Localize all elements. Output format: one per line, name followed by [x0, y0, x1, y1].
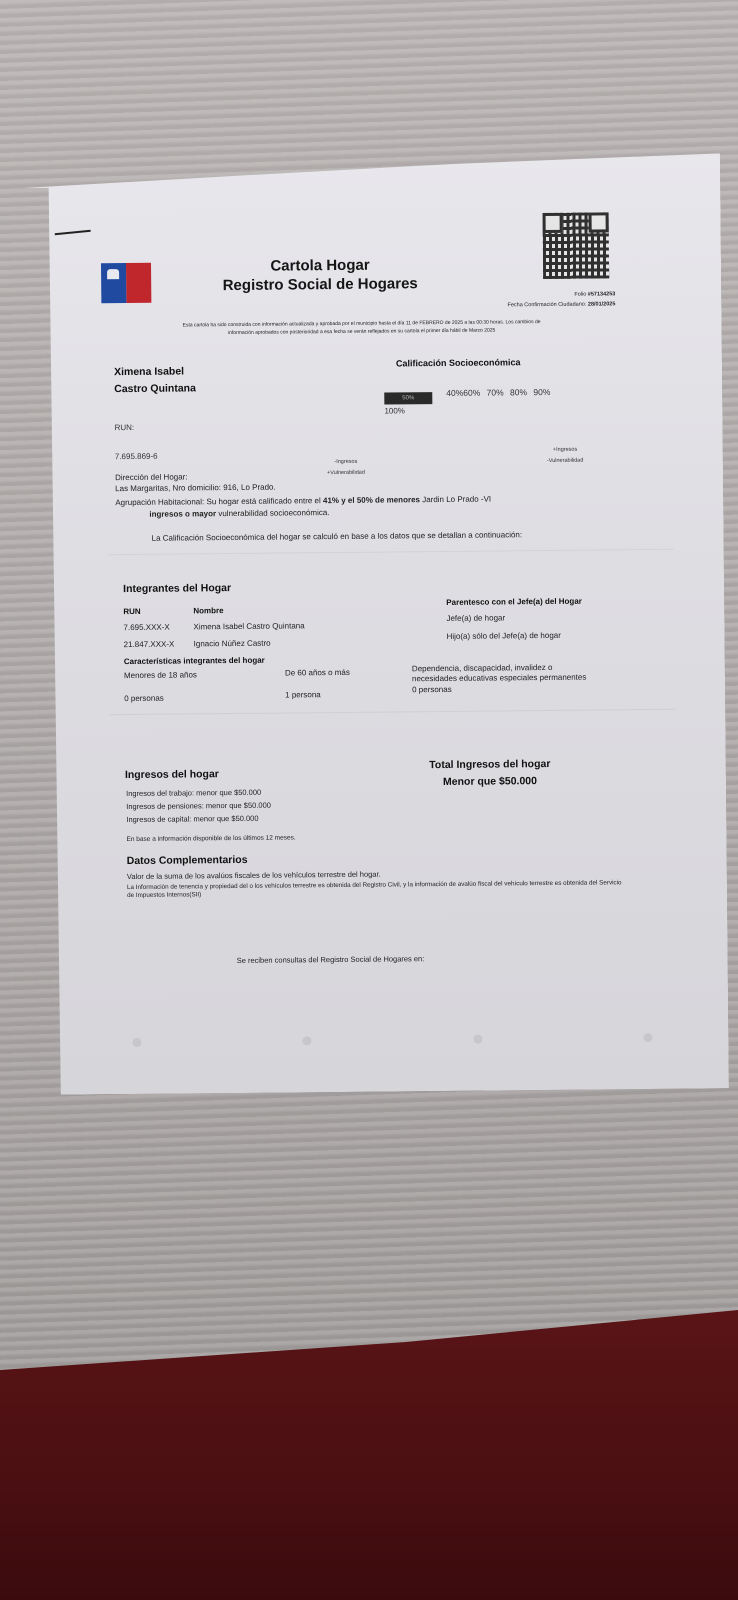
- agrupacion-text-3: vulnerabilidad socioeconómica.: [218, 508, 329, 518]
- mayores-label: De 60 años o más: [285, 668, 350, 678]
- qr-code-icon: [543, 212, 610, 279]
- folio-value: #57134253: [588, 291, 616, 297]
- agrupacion-bold-1: 41% y el 50% de menores: [323, 495, 420, 505]
- calculo-note: La Calificación Socioeconómica del hogar…: [152, 530, 523, 543]
- row-nombre: Ximena Isabel Castro Quintana: [193, 621, 304, 631]
- direccion-value: Las Margaritas, Nro domicilio: 916, Lo P…: [115, 483, 276, 494]
- total-ingresos: Total Ingresos del hogar Menor que $50.0…: [420, 756, 560, 791]
- person-first-names: Ximena Isabel: [114, 365, 184, 378]
- table-row: 7.695.XXX-X Ximena Isabel Castro Quintan…: [24, 153, 720, 160]
- disclaimer: Esta cartola ha sido construida con info…: [102, 317, 622, 338]
- faint-contact: [643, 1032, 652, 1042]
- faint-contact: [303, 1035, 312, 1045]
- fecha-value: 28/01/2025: [588, 301, 616, 307]
- agrupacion-text-1: Su hogar está calificado entre el: [206, 496, 320, 506]
- row-parentesco: Hijo(a) sólo del Jefe(a) de hogar: [447, 631, 561, 641]
- person-last-names: Castro Quintana: [114, 382, 196, 395]
- direccion-label: Dirección del Hogar:: [115, 472, 188, 482]
- agrupacion-habitacional: Agrupación Habitacional: Su hogar está c…: [115, 492, 615, 521]
- faint-contact: [473, 1034, 482, 1044]
- faint-contact: [132, 1037, 141, 1047]
- ingresos-title: Ingresos del hogar: [125, 768, 219, 781]
- caracteristicas-title: Características integrantes del hogar: [124, 656, 265, 666]
- agrupacion-text-2: Jardin Lo Prado -VI: [422, 495, 491, 505]
- dependencia-value: 0 personas: [412, 685, 452, 694]
- legend-left: -Ingresos +Vulnerabilidad: [327, 457, 365, 479]
- flag-red-panel: [126, 263, 151, 303]
- pen-mark: [55, 230, 91, 235]
- row-nombre: Ignacio Núñez Castro: [194, 639, 271, 649]
- legend-right-top: +Ingresos: [547, 445, 584, 456]
- datos-line-2: La Información de tenencia y propiedad d…: [127, 879, 627, 900]
- col-run-header: RUN: [123, 607, 140, 616]
- calificacion-tick-100: 100%: [384, 406, 405, 415]
- dependencia-label-2: necesidades educativas especiales perman…: [412, 673, 586, 684]
- menores-value: 0 personas: [124, 694, 164, 703]
- folio-label: Folio: [574, 292, 586, 298]
- agrupacion-bold-2: ingresos o mayor: [149, 509, 216, 519]
- agrupacion-line-2: ingresos o mayor vulnerabilidad socioeco…: [115, 504, 615, 521]
- faint-contact-row: [132, 1032, 652, 1047]
- agrupacion-label: Agrupación Habitacional:: [115, 497, 204, 507]
- run-label: RUN:: [115, 423, 135, 432]
- ingresos-list: Ingresos del trabajo: menor que $50.000 …: [126, 786, 271, 826]
- run-value: 7.695.869-6: [115, 452, 158, 461]
- floor-carpet: [0, 1310, 738, 1600]
- row-parentesco: Jefe(a) de hogar: [446, 613, 505, 623]
- contact-icon: [303, 1036, 312, 1045]
- integrantes-title: Integrantes del Hogar: [123, 582, 231, 595]
- flag-blue-panel: [101, 263, 126, 303]
- legend-right: +Ingresos -Vulnerabilidad: [547, 445, 584, 467]
- contact-icon: [132, 1037, 141, 1046]
- col-parentesco-header: Parentesco con el Jefe(a) del Hogar: [446, 597, 582, 607]
- folio-block: Folio #57134253 Fecha Confirmación Ciuda…: [465, 289, 615, 310]
- row-run: 21.847.XXX-X: [124, 640, 175, 649]
- calificacion-bar: 50%: [384, 392, 432, 404]
- fecha-label: Fecha Confirmación Ciudadano:: [507, 302, 586, 309]
- menores-label: Menores de 18 años: [124, 670, 197, 680]
- contact-icon: [643, 1033, 652, 1042]
- dependencia-label-1: Dependencia, discapacidad, invalidez o: [412, 663, 553, 673]
- contact-icon: [473, 1034, 482, 1043]
- document-title: Cartola Hogar Registro Social de Hogares: [175, 256, 465, 295]
- calificacion-ticks: 40%60% 70% 80% 90%: [446, 387, 550, 398]
- cartola-document: Cartola Hogar Registro Social de Hogares…: [24, 153, 729, 1095]
- table-row: 21.847.XXX-X Ignacio Núñez Castro Hijo(a…: [24, 153, 720, 160]
- section-divider: [108, 549, 674, 555]
- ingresos-note: En base a información disponible de los …: [126, 834, 295, 843]
- datos-title: Datos Complementarios: [127, 854, 248, 867]
- row-run: 7.695.XXX-X: [123, 623, 169, 632]
- legend-left-bottom: +Vulnerabilidad: [327, 468, 365, 479]
- col-nombre-header: Nombre: [193, 606, 223, 615]
- gobierno-logo-icon: [101, 263, 151, 303]
- title-line-1: Cartola Hogar: [175, 256, 465, 276]
- calificacion-title: Calificación Socioeconómica: [396, 357, 521, 368]
- legend-left-top: -Ingresos: [327, 457, 365, 468]
- datos-line-1: Valor de la suma de los avalúos fiscales…: [127, 870, 381, 881]
- list-item: Ingresos de capital: menor que $50.000: [126, 812, 271, 826]
- legend-right-bottom: -Vulnerabilidad: [547, 456, 584, 467]
- mayores-value: 1 persona: [285, 690, 321, 699]
- section-divider: [109, 709, 675, 715]
- total-ingresos-value: Menor que $50.000: [420, 773, 560, 791]
- title-line-2: Registro Social de Hogares: [175, 275, 465, 295]
- consultas-text: Se reciben consultas del Registro Social…: [237, 954, 425, 965]
- total-ingresos-title: Total Ingresos del hogar: [420, 756, 560, 774]
